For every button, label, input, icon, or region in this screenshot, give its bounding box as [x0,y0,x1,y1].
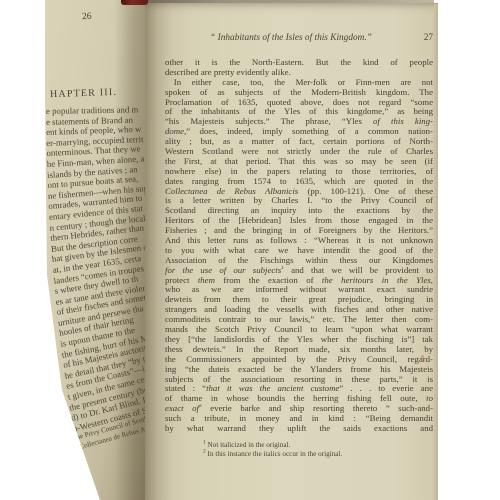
text-line: they [“the landislordis of the Yles wher… [165,335,433,345]
text-line: exact of2 everie barke and ship resortin… [165,404,433,414]
text-line: subjects of the associatioun resorting i… [165,375,433,385]
text-line: stated : “that it was the ancient custom… [165,384,433,394]
text-line: spoken of as subjects of the Modern-Brit… [165,88,433,98]
text-line: mands the Scotch Privy Council to learn … [165,325,433,335]
footnote: 1 Not italicized in the original. [203,441,433,450]
text-line: Scotland directing an inquiry into the e… [165,206,433,216]
text-line: Western Scotland were not strictly under… [165,147,433,157]
text-line: who as we are informed without warrant e… [165,285,433,295]
text-line: of thame in whose boundis the herring fi… [165,394,433,404]
paper-speck [421,355,424,361]
right-page-number: 27 [424,33,433,43]
text-line: dewteis from them to their great prejudi… [165,295,433,305]
footnote: 2 In this instance the italics occur in … [203,450,433,459]
left-page: 26 HAPTER III. e popular traditions and … [36,0,150,500]
text-line: protect them from the exaction of the he… [165,276,433,286]
text-line: the First, at that period. That this was… [165,157,433,167]
text-line: And this letter runs as follows : “Where… [165,236,433,246]
text-line: Heritors of the [Hebridean] Isles from t… [165,216,433,226]
book-photo: 26 HAPTER III. e popular traditions and … [0,0,500,500]
text-line: Association of the Fischings within thes… [165,256,433,266]
text-line: such a tribute, in money and in kind : “… [165,414,433,424]
text-line: ality ; but, as a matter of fact, certai… [165,137,433,147]
text-line: of the inhabitants of the Yles of this k… [165,107,433,117]
text-line: Fisheries ; and the bringing in of Forei… [165,226,433,236]
text-line: dome,” does, indeed, imply something of … [165,127,433,137]
text-line: “his Majesteis subjects.” The phrase, “Y… [165,117,433,127]
running-header: “ Inhabitants of the Isles of this Kingd… [165,33,433,45]
left-page-number: 26 [82,12,92,22]
chapter-heading: HAPTER III. [50,87,117,100]
headband [121,0,148,5]
text-line: nowhere else) in the papers relating to … [165,167,433,177]
text-line: Collectanea de Rebus Albanicis (pp. 100-… [165,187,433,197]
text-line: is a letter written by Charles I. “to th… [165,196,433,206]
text-line: dates ranging from 1574 to 1635, which a… [165,177,433,187]
left-page-text: e popular traditions and me statements o… [46,106,150,454]
text-line: commoditeis contrair to our lawis,” etc.… [165,315,433,325]
text-line: ing “the duteis exacted be the Ylanders … [165,365,433,375]
right-page: “ Inhabitants of the Isles of this Kingd… [145,3,438,500]
text-line: to you with what care we have intendit t… [165,246,433,256]
right-page-content: “ Inhabitants of the Isles of this Kingd… [165,33,433,459]
text-line: strangers and loading the vessells with … [165,305,433,315]
text-line: the Commissioners appointed by the Privy… [165,355,433,365]
text-line: thess dewteis.” In the Report made, six … [165,345,433,355]
text-line: for the use of our subjects1 and that we… [165,266,433,276]
running-header-title: “ Inhabitants of the Isles of this Kingd… [165,33,433,43]
footnotes: 1 Not italicized in the original.2 In th… [203,441,433,459]
page-stack-edge [434,4,438,500]
text-line: by what warrand they uplift the saids ex… [165,424,433,434]
text-line: other it is the North-Eastern. But the k… [165,58,433,68]
text-line: Proclamation of 1635, quoted above, does… [165,98,433,108]
text-line: In either case, too, the Mer-folk or Fin… [165,78,433,88]
right-page-text: other it is the North-Eastern. But the k… [165,58,433,434]
text-line: described are pretty evidently alike. [165,68,433,78]
book-top-edge [128,0,434,3]
